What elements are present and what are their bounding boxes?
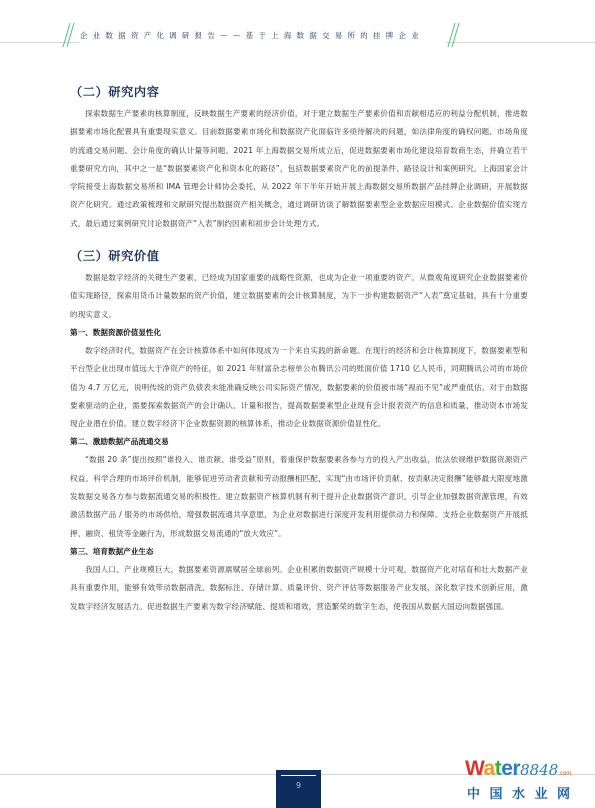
logo-chinese-name: 中国水业网 [467, 783, 580, 802]
subsection-heading: 第一、数据资源价值显性化 [70, 324, 528, 342]
body-paragraph: “数据 20 条”提出按照“谁投入、谁贡献、谁受益”原则，着重保护数据要素各参与… [70, 451, 528, 542]
body-paragraph: 我国人口、产业规模巨大，数据要素资源禀赋居全球前列。企业积累的数据资产规模十分可… [70, 561, 528, 616]
document-page: 企业数据资产化调研报告——基于上海数据交易所的挂牌企业 （二）研究内容 探索数据… [0, 0, 595, 808]
double-slash-icon [447, 22, 461, 48]
page-number-bar [281, 775, 316, 776]
logo-letter: W [465, 757, 484, 780]
footer-rule [0, 774, 276, 775]
body-paragraph: 数字经济时代，数据资产在会计核算体系中如何体现成为一个来自实践的新命题。在现行的… [70, 342, 528, 433]
water8848-watermark-logo: Water8848.com 中国水业网 [465, 758, 595, 804]
subsection-heading: 第三、培育数据产业生态 [70, 543, 528, 561]
body-paragraph: 数据是数字经济的关键生产要素，已经成为国家重要的战略性资源，也成为企业一项重要的… [70, 269, 528, 324]
body-paragraph: 探索数据生产要素的核算制度，反映数据生产要素的经济价值，对于建立数据生产要素价值… [70, 105, 528, 233]
section-heading: （三）研究价值 [70, 246, 528, 266]
logo-letter: r [512, 757, 520, 780]
subsection-heading: 第二、激励数据产品流通交易 [70, 433, 528, 451]
logo-wordmark: Water8848.com [465, 758, 571, 780]
section-research-value: （三）研究价值 数据是数字经济的关键生产要素，已经成为国家重要的战略性资源，也成… [70, 246, 528, 616]
running-header-title: 企业数据资产化调研报告——基于上海数据交易所的挂牌企业 [80, 29, 446, 43]
double-slash-icon [62, 22, 76, 48]
logo-letter: a [484, 757, 495, 780]
page-number-badge: 9 [276, 770, 321, 808]
section-research-content: （二）研究内容 探索数据生产要素的核算制度，反映数据生产要素的经济价值，对于建立… [70, 82, 528, 233]
logo-letter: e [501, 757, 512, 780]
logo-number: 8848 [520, 761, 558, 779]
main-content: （二）研究内容 探索数据生产要素的核算制度，反映数据生产要素的经济价值，对于建立… [70, 82, 528, 616]
page-number: 9 [276, 781, 321, 790]
section-heading: （二）研究内容 [70, 82, 528, 102]
logo-suffix: .com [558, 771, 571, 777]
